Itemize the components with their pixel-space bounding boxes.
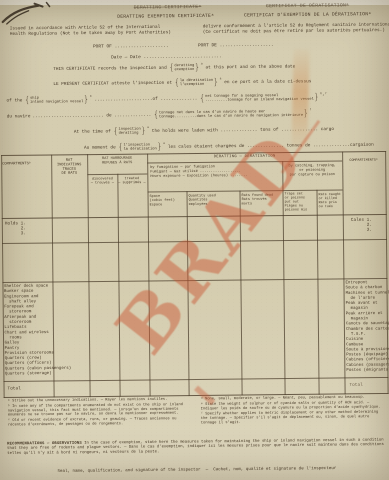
table-rule bbox=[186, 191, 189, 396]
cargo-line-fr: Au moment de { l'inspectionla dératisati… bbox=[84, 140, 374, 152]
footnote-c: ᶜ Old or recent evidence of excreta, run… bbox=[8, 417, 196, 428]
header-traps-set: Traps set or poisons put out Pièges ou p… bbox=[285, 192, 316, 212]
footnote-ref-a: ᵃ bbox=[163, 142, 165, 146]
table-rule bbox=[117, 174, 120, 397]
paper-content: DERATTING CERTIFICATEᵃ CERTIFICAT DE DÉR… bbox=[0, 0, 389, 480]
option-tonnage-interieure: tonnage..........dans le cas d'un navire… bbox=[159, 113, 303, 119]
statement-en-post: at this port and on the above date bbox=[205, 64, 295, 70]
total-row-fr: Total bbox=[349, 382, 362, 387]
tape-stain bbox=[291, 49, 309, 147]
option-inland-vessel: inland navigation vessel bbox=[30, 100, 83, 105]
header-space: Space (cubic feet) Espace bbox=[150, 194, 186, 207]
header-discovered: discovered — trouvés — bbox=[88, 177, 116, 185]
footnote-ref-a: ᵃ bbox=[147, 126, 149, 130]
footnote-ref-a: ᵃ bbox=[201, 63, 203, 67]
vessel-en-dotted-fields: ......................of .............. bbox=[94, 96, 197, 102]
vessel-line-en: of the { shipinland navigation vessel } … bbox=[6, 93, 327, 105]
cargo-fr-post: les cales étaient chargées de ..........… bbox=[168, 142, 374, 149]
statement-en-pre: THIS CERTIFICATE records the inspection … bbox=[53, 65, 167, 71]
footnote-ref-f: ᶠ bbox=[309, 109, 311, 113]
date-field: Date — Date ............................… bbox=[111, 54, 222, 60]
ink-scribble bbox=[0, 1, 69, 28]
vessel-en-pre: of the bbox=[7, 98, 23, 103]
scan-scaler: DERATTING CERTIFICATEᵃ CERTIFICAT DE DÉR… bbox=[0, 0, 389, 480]
header-catching-block: by catching, trapping, or poisoning par … bbox=[283, 163, 341, 177]
table-rule bbox=[342, 151, 345, 394]
compartment-list-fr: Entrepont Soute à charbon Machines et tu… bbox=[345, 280, 389, 373]
table-rule bbox=[2, 278, 387, 283]
vessel-fr-pre: du navire bbox=[7, 114, 31, 119]
table-rule bbox=[239, 191, 242, 396]
table-rule bbox=[147, 153, 150, 396]
compartments-table: COMPARTMENTSᵇ RAT INDICATIONS TRACES DE … bbox=[1, 151, 389, 399]
option-exemption: exemption bbox=[174, 67, 194, 71]
port-de-field: PORT DE .................... bbox=[198, 42, 274, 48]
inspector-signature-line: Seal, name, qualification, and signature… bbox=[2, 465, 389, 474]
open-brace: { bbox=[113, 127, 119, 136]
table-rule bbox=[3, 377, 388, 382]
title-deratting-certificate-fr: CERTIFICAT DE DÉRATISATIONᵃ bbox=[233, 2, 383, 9]
option-deratting2: deratting bbox=[119, 131, 141, 135]
vessel-fr-dotted-fields: ........................... de .........… bbox=[32, 112, 151, 118]
footnote-f: ᶠ Specify whether applies to metric disp… bbox=[201, 410, 387, 425]
cargo-fr-pre: Au moment de bbox=[84, 145, 116, 150]
close-brace: } bbox=[194, 63, 200, 72]
close-brace: } bbox=[213, 78, 219, 87]
deratisation-exemption-choice-fr: { la dératisationl'exemption } ᵃ bbox=[174, 78, 222, 88]
header-treated: treated — supprimés — bbox=[117, 177, 146, 186]
port-of-field: PORT OF .................... bbox=[93, 43, 169, 49]
statement-line-en: THIS CERTIFICATE records the inspection … bbox=[53, 62, 295, 74]
table-rule bbox=[2, 239, 387, 244]
footnote-ref-a: ᵃ bbox=[90, 95, 92, 99]
header-rats-found-dead: Rats found dead Rats trouvés morts bbox=[242, 193, 282, 206]
compartment-list-en: Shelter deck space Bunker space Enginero… bbox=[4, 283, 71, 376]
header-rat-harbourage-group: RAT HARBOURAGE REFUGES À RATS bbox=[88, 156, 146, 165]
inspection-deratisation-choice-fr: { l'inspectionla dératisation } ᵃ bbox=[118, 142, 166, 152]
header-fumigation-block: by fumigation — par fumigation Fumigant … bbox=[150, 164, 280, 179]
row-cales-fr: Cales 1. 2. 3. bbox=[351, 217, 372, 232]
table-rule bbox=[316, 190, 319, 395]
statement-fr-pre: LE PRÉSENT CERTIFICAT atteste l'inspecti… bbox=[53, 80, 172, 86]
header-compartiments-fr: COMPARTIMENTSᵇ bbox=[343, 158, 384, 162]
option-exemption-fr: l'exemption bbox=[180, 82, 213, 87]
header-compartments-en: COMPARTMENTSᵇ bbox=[2, 162, 50, 167]
total-row-en: Total bbox=[8, 386, 21, 391]
option-deratisation-fr: la dératisation bbox=[123, 147, 156, 152]
close-brace: } bbox=[314, 93, 320, 102]
close-brace: } bbox=[83, 95, 89, 104]
close-brace: } bbox=[141, 126, 147, 135]
row-holds-en: Holds 1. 2. 3. bbox=[5, 221, 26, 236]
open-brace: { bbox=[174, 78, 180, 87]
header-rat-indications: RAT INDICATIONS TRACES DE RATS bbox=[52, 158, 86, 176]
title-exemption-certificate-fr: CERTIFICAT D'EXEMPTION DE LA DÉRATISATIO… bbox=[223, 11, 389, 18]
deratting-exemption-choice-en: { derattingexemption } ᵃ bbox=[169, 63, 204, 72]
footnotes-right-column: ᵈ None, small, moderate, or large. — Néa… bbox=[201, 395, 387, 425]
statement-line-fr: LE PRÉSENT CERTIFICAT atteste l'inspecti… bbox=[53, 77, 311, 89]
open-brace: { bbox=[153, 110, 159, 119]
title-deratting-certificate-en: DERATTING CERTIFICATEᵃ bbox=[93, 3, 243, 10]
tonnage-choice-fr: { tonnage net dans le cas d'un navire de… bbox=[153, 109, 312, 120]
table-rule bbox=[87, 154, 90, 397]
open-brace: { bbox=[169, 63, 175, 72]
scanned-certificate-page: DERATTING CERTIFICATEᵃ CERTIFICAT DE DÉR… bbox=[0, 0, 389, 480]
vessel-line-fr: du navire ........................... de… bbox=[7, 109, 313, 121]
ship-type-choice: { shipinland navigation vessel } ᵃ bbox=[24, 95, 92, 105]
issued-statement-fr: délivré conformément à l'article 52 du R… bbox=[203, 22, 389, 35]
open-brace: { bbox=[118, 143, 124, 152]
header-quantity-used: Quantity used Quantités employées bbox=[189, 194, 239, 207]
header-deratting-group: DERATTING — DÉRATISATION bbox=[147, 153, 342, 159]
footnote-ref-a: ᵃ bbox=[219, 78, 221, 82]
footnotes-left-column: ᵃ Strike out the unnecessary indications… bbox=[8, 397, 196, 427]
table-rule bbox=[2, 214, 387, 219]
recommendations-paragraph: RECOMMENDATIONS — OBSERVATIONS In the ca… bbox=[7, 438, 389, 456]
open-brace: { bbox=[199, 94, 205, 103]
open-brace: { bbox=[24, 96, 30, 105]
header-rats-caught: Rats caught or killed Rats pris ou tués bbox=[319, 192, 342, 208]
close-brace: } bbox=[157, 142, 163, 151]
inspection-deratting-choice-en: { inspectionderatting } ᵃ bbox=[113, 126, 150, 135]
footnote-b: ᵇ In case any of the compartments enumer… bbox=[8, 402, 196, 417]
cargo-en-pre: At the time of bbox=[74, 129, 111, 134]
footnote-ref-bf: ᵇ,ᶠ bbox=[320, 93, 327, 97]
